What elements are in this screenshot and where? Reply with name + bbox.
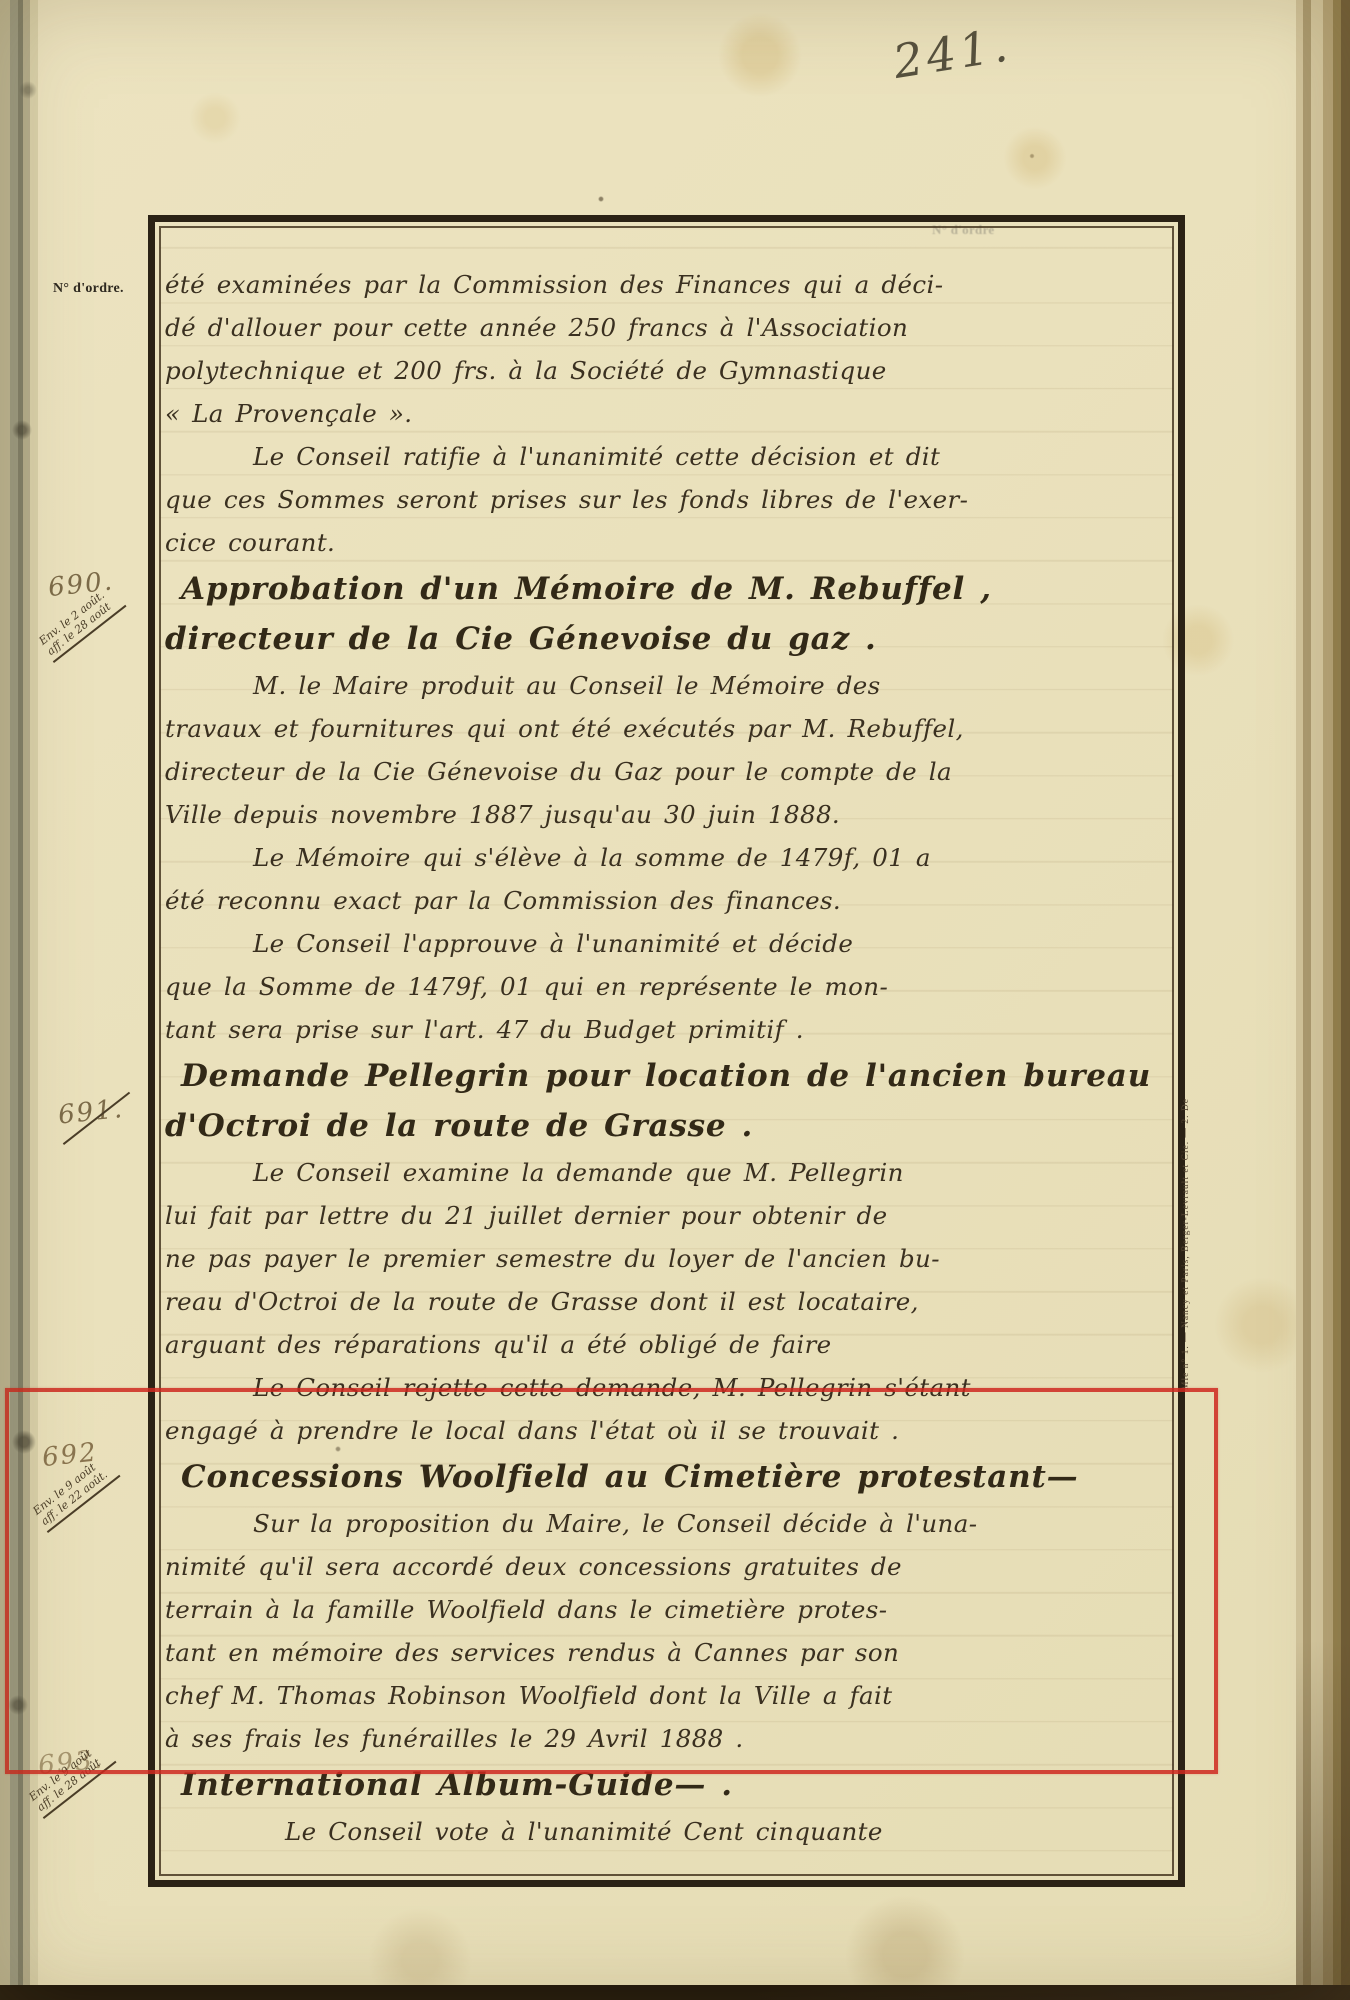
page-stack-edge-right [1296, 0, 1350, 2000]
manuscript-line: arguant des réparations qu'il a été obli… [165, 1330, 1165, 1373]
margin-entry-693: 693. Env. le 9 août aff. le 28 août [38, 1746, 136, 1819]
manuscript-line: reau d'Octroi de la route de Grasse dont… [165, 1287, 1165, 1330]
printer-imprint: Mle n° 1. — Nancy et Paris, Berger-Levra… [1181, 1130, 1191, 1390]
manuscript-line: dé d'allouer pour cette année 250 francs… [165, 313, 1165, 356]
manuscript-line: terrain à la famille Woolfield dans le c… [165, 1595, 1165, 1638]
manuscript-line: tant en mémoire des services rendus à Ca… [165, 1638, 1165, 1681]
manuscript-line: lui fait par lettre du 21 juillet dernie… [165, 1201, 1165, 1244]
column-header-no-ordre: N° d'ordre. [53, 281, 153, 297]
manuscript-line: Le Mémoire qui s'élève à la somme de 147… [165, 843, 1165, 886]
manuscript-line: à ses frais les funérailles le 29 Avril … [165, 1724, 1165, 1767]
manuscript-line: Le Conseil rejette cette demande, M. Pel… [165, 1373, 1165, 1416]
scanned-register-page: { "page": { "folio_number": "241.", "col… [0, 0, 1350, 2000]
manuscript-line: été examinées par la Commission des Fina… [165, 270, 1165, 313]
manuscript-line: Approbation d'un Mémoire de M. Rebuffel … [165, 571, 1165, 621]
manuscript-text: été examinées par la Commission des Fina… [165, 270, 1165, 1860]
manuscript-line: d'Octroi de la route de Grasse . [165, 1108, 1165, 1158]
manuscript-line: chef M. Thomas Robinson Woolfield dont l… [165, 1681, 1165, 1724]
manuscript-line: Le Conseil examine la demande que M. Pel… [165, 1158, 1165, 1201]
manuscript-line: que ces Sommes seront prises sur les fon… [165, 485, 1165, 528]
manuscript-line: nimité qu'il sera accordé deux concessio… [165, 1552, 1165, 1595]
manuscript-line: M. le Maire produit au Conseil le Mémoir… [165, 671, 1165, 714]
manuscript-line: Concessions Woolfield au Cimetière prote… [165, 1459, 1165, 1509]
scan-edge-bottom [0, 1985, 1350, 2000]
manuscript-line: directeur de la Cie Génevoise du Gaz pou… [165, 757, 1165, 800]
manuscript-line: tant sera prise sur l'art. 47 du Budget … [165, 1015, 1165, 1058]
margin-entry-690: 690. Env. le 2 août. aff. le 28 août [48, 568, 146, 663]
manuscript-line: été reconnu exact par la Commission des … [165, 886, 1165, 929]
manuscript-line: Demande Pellegrin pour location de l'anc… [165, 1058, 1165, 1108]
manuscript-line: travaux et fournitures qui ont été exécu… [165, 714, 1165, 757]
manuscript-line: Le Conseil vote à l'unanimité Cent cinqu… [165, 1817, 1165, 1860]
manuscript-line: polytechnique et 200 frs. à la Société d… [165, 356, 1165, 399]
manuscript-line: directeur de la Cie Génevoise du gaz . [165, 621, 1165, 671]
manuscript-line: International Album-Guide— . [165, 1767, 1165, 1817]
manuscript-line: que la Somme de 1479f, 01 qui en représe… [165, 972, 1165, 1015]
manuscript-line: Le Conseil l'approuve à l'unanimité et d… [165, 929, 1165, 972]
manuscript-line: Ville depuis novembre 1887 jusqu'au 30 j… [165, 800, 1165, 843]
manuscript-line: « La Provençale ». [165, 399, 1165, 442]
manuscript-line: cice courant. [165, 528, 1165, 571]
book-gutter-left [0, 0, 46, 2000]
manuscript-line: engagé à prendre le local dans l'état où… [165, 1416, 1165, 1459]
manuscript-line: Le Conseil ratifie à l'unanimité cette d… [165, 442, 1165, 485]
manuscript-line: ne pas payer le premier semestre du loye… [165, 1244, 1165, 1287]
manuscript-line: Sur la proposition du Maire, le Conseil … [165, 1509, 1165, 1552]
margin-entry-692: 692 Env. le 9 août aff. le 22 août. [42, 1438, 140, 1533]
margin-entry-691: 691. [58, 1096, 148, 1145]
